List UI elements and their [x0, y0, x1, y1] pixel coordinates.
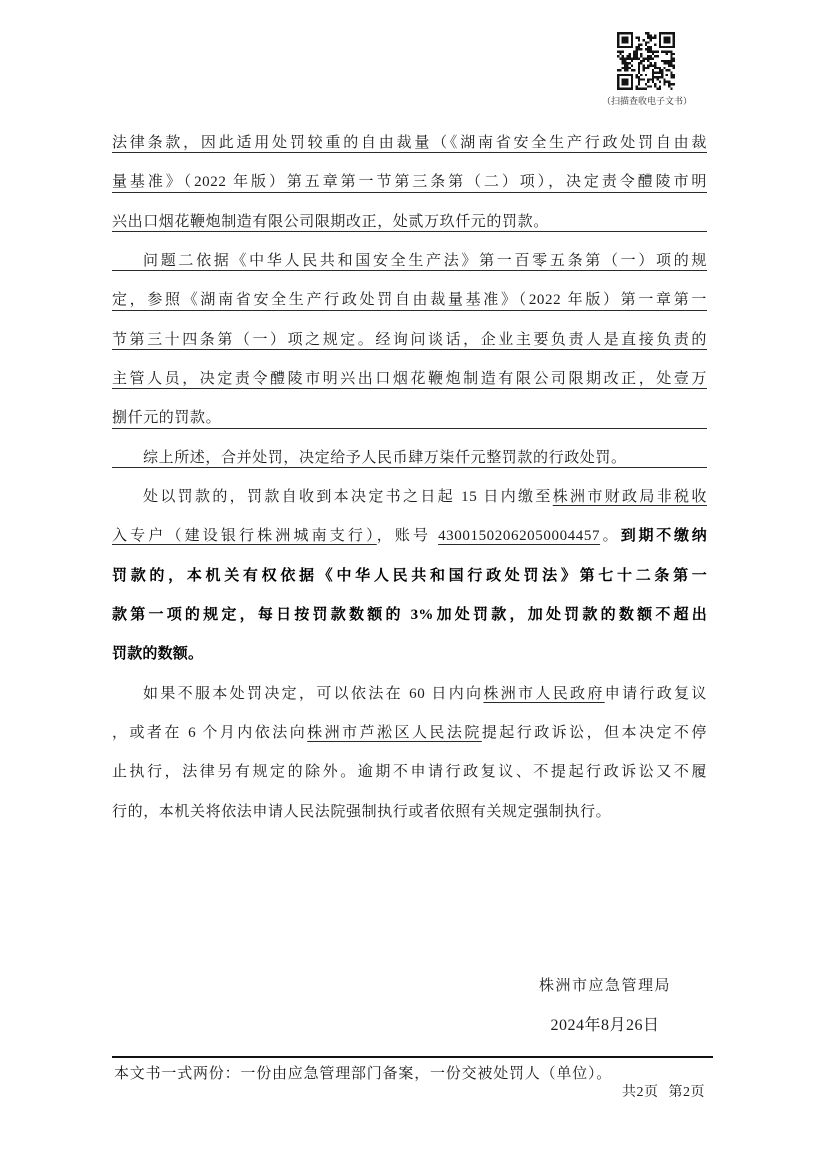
signature-block: 株洲市应急管理局 2024年8月26日: [470, 974, 740, 1035]
bold-text: 罚款的数额。: [112, 646, 203, 662]
qr-code: [617, 32, 675, 90]
bold-text: 到期不缴纳: [621, 528, 707, 544]
body-line-p4: 款第一项的规定，每日按罚款数额的 3%加处罚款，加处罚款的数额不超出: [112, 586, 707, 625]
body-text: 量基准》（2022 年版）第五章第一节第三条第（二）项），决定责令醴陵市明: [112, 174, 707, 190]
body-text: 法律条款，因此适用处罚较重的自由裁量（《湖南省安全生产行政处罚自由裁: [112, 135, 707, 151]
body-text: 问题二依据《中华人民共和国安全生产法》第一百零五条第（一）项的规: [143, 253, 707, 269]
qr-code-container: [617, 32, 675, 90]
footer-note: 本文书一式两份：一份由应急管理部门备案，一份交被处罚人（单位）。: [114, 1062, 713, 1083]
body-text: 行的，本机关将依法申请人民法院强制执行或者依照有关规定强制执行。: [112, 804, 611, 820]
body-line-p5: ，或者在 6 个月内依法向株洲市芦淞区人民法院提起行政诉讼，但本决定不停: [112, 704, 707, 743]
document-page: （扫描查收电子文书） 法律条款，因此适用处罚较重的自由裁量（《湖南省安全生产行政…: [0, 0, 822, 1165]
qr-caption: （扫描查收电子文书）: [592, 94, 702, 107]
body-text: 兴出口烟花鞭炮制造有限公司限期改正，处贰万玖仟元的罚款。: [112, 214, 549, 230]
body-text: 处以罚款的，罚款自收到本决定书之日起 15 日内缴至: [143, 489, 553, 505]
body-line-p3: 综上所述，合并处罚，决定给予人民币肆万柒仟元整罚款的行政处罚。: [112, 429, 707, 468]
body-line-p4: 处以罚款的，罚款自收到本决定书之日起 15 日内缴至株洲市财政局非税收: [112, 468, 707, 507]
body-text: ，或者在 6 个月内依法向: [112, 725, 307, 741]
body-line-p2: 定，参照《湖南省安全生产行政处罚自由裁量基准》（2022 年版）第一章第一: [112, 271, 707, 310]
body-text: 如果不服本处罚决定，可以依法在 60 日内向: [143, 686, 483, 702]
underlined-text: 株洲市财政局非税收: [553, 489, 707, 505]
body-text: 提起行政诉讼，但本决定不停: [482, 725, 707, 741]
body-line-p4: 罚款的数额。: [112, 625, 707, 664]
body-line-p5: 行的，本机关将依法申请人民法院强制执行或者依照有关规定强制执行。: [112, 783, 707, 822]
issuing-authority: 株洲市应急管理局: [470, 974, 740, 995]
pages-current: 第2页: [669, 1085, 706, 1100]
body-text: 综上所述，合并处罚，决定给予人民币肆万柒仟元整罚款的行政处罚。: [143, 450, 627, 466]
body-line-p4: 入专户（建设银行株洲城南支行），账号 43001502062050004457。…: [112, 507, 707, 546]
document-body: 法律条款，因此适用处罚较重的自由裁量（《湖南省安全生产行政处罚自由裁量基准》（2…: [112, 114, 707, 822]
body-text: 止执行，法律另有规定的除外。逾期不申请行政复议、不提起行政诉讼又不履: [112, 764, 707, 780]
body-text: 主管人员，决定责令醴陵市明兴出口烟花鞭炮制造有限公司限期改正，处壹万: [112, 371, 707, 387]
body-line-p1: 兴出口烟花鞭炮制造有限公司限期改正，处贰万玖仟元的罚款。: [112, 193, 707, 232]
page-indicator: 共2页第2页: [114, 1081, 705, 1101]
body-text: ，账号: [377, 528, 438, 544]
bold-text: 罚款的，本机关有权依据《中华人民共和国行政处罚法》第七十二条第一: [112, 568, 707, 584]
body-line-p5: 如果不服本处罚决定，可以依法在 60 日内向株洲市人民政府申请行政复议: [112, 665, 707, 704]
body-line-p1: 量基准》（2022 年版）第五章第一节第三条第（二）项），决定责令醴陵市明: [112, 153, 707, 192]
body-line-p2: 节第三十四条第（一）项之规定。经询问谈话，企业主要负责人是直接负责的: [112, 311, 707, 350]
underlined-text: 入专户（建设银行株洲城南支行）: [112, 528, 377, 544]
body-line-p2: 捌仟元的罚款。: [112, 389, 707, 428]
body-line-p5: 止执行，法律另有规定的除外。逾期不申请行政复议、不提起行政诉讼又不履: [112, 743, 707, 782]
bold-text: 款第一项的规定，每日按罚款数额的 3%加处罚款，加处罚款的数额不超出: [112, 607, 707, 623]
issue-date: 2024年8月26日: [470, 1012, 740, 1035]
body-text: 节第三十四条第（一）项之规定。经询问谈话，企业主要负责人是直接负责的: [112, 332, 707, 348]
underlined-text: 43001502062050004457: [438, 528, 600, 544]
body-line-p4: 罚款的，本机关有权依据《中华人民共和国行政处罚法》第七十二条第一: [112, 547, 707, 586]
pages-total: 共2页: [622, 1085, 659, 1100]
body-text: 定，参照《湖南省安全生产行政处罚自由裁量基准》（2022 年版）第一章第一: [112, 292, 707, 308]
footer-divider: [112, 1056, 713, 1058]
body-text: 捌仟元的罚款。: [112, 410, 221, 426]
body-text: 申请行政复议: [605, 686, 707, 702]
body-line-p1: 法律条款，因此适用处罚较重的自由裁量（《湖南省安全生产行政处罚自由裁: [112, 114, 707, 153]
underlined-text: 株洲市芦淞区人民法院: [307, 725, 482, 741]
underlined-text: 株洲市人民政府: [483, 686, 604, 702]
body-text: 。: [600, 528, 621, 544]
body-line-p2: 主管人员，决定责令醴陵市明兴出口烟花鞭炮制造有限公司限期改正，处壹万: [112, 350, 707, 389]
body-line-p2: 问题二依据《中华人民共和国安全生产法》第一百零五条第（一）项的规: [112, 232, 707, 271]
